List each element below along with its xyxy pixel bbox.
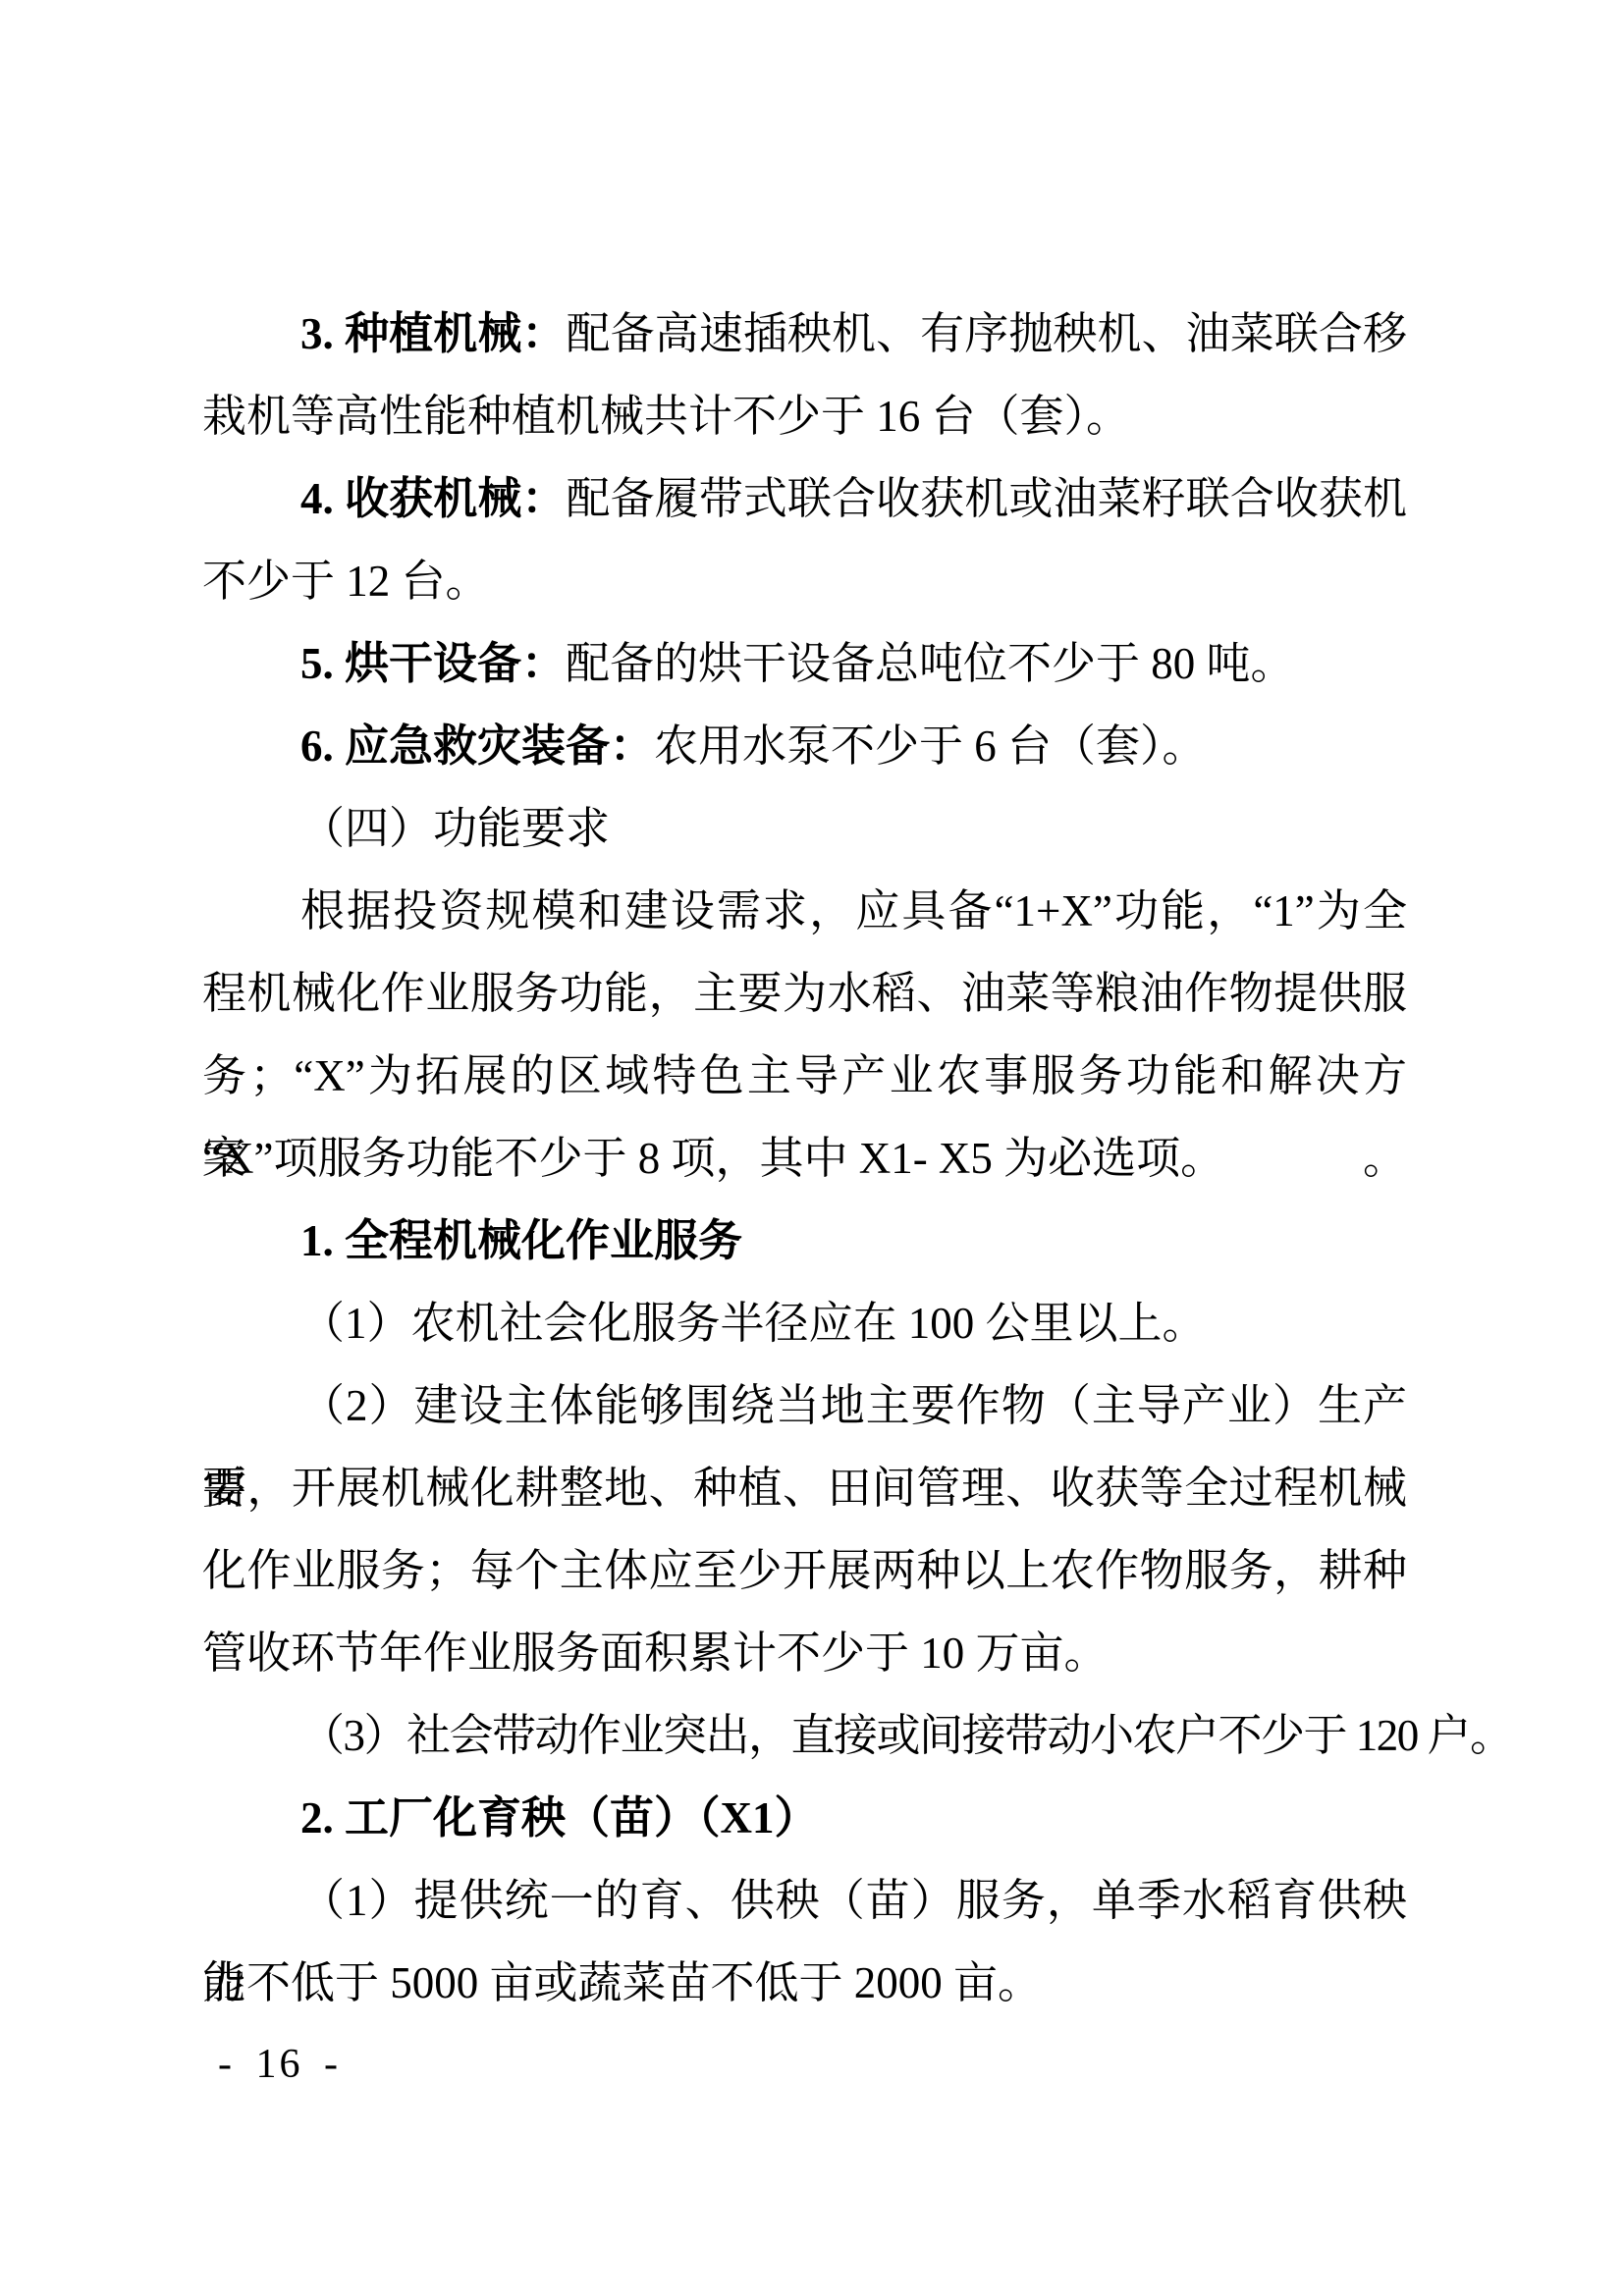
- line-bold-lead: 5. 烘干设备：: [300, 639, 566, 688]
- line-text: 配备的烘干设备总吨位不少于 80 吨。: [566, 639, 1295, 688]
- line-text: 化作业服务；每个主体应至少开展两种以上农作物服务，耕种: [202, 1546, 1407, 1595]
- line-text: （3）社会带动作业突出，直接或间接带动小农户不少于 120 户。: [300, 1711, 1513, 1760]
- text-line: 要，开展机械化耕整地、种植、田间管理、收获等全过程机械: [202, 1447, 1407, 1529]
- text-line: （四）功能要求: [202, 787, 1407, 870]
- text-line: 4. 收获机械：配备履带式联合收获机或油菜籽联合收获机: [202, 457, 1407, 540]
- line-bold-lead: 4. 收获机械：: [300, 474, 567, 523]
- line-text: 栽机等高性能种植机械共计不少于 16 台（套）。: [202, 392, 1130, 441]
- line-text: 配备高速插秧机、有序抛秧机、油菜联合移: [567, 309, 1407, 358]
- text-line: 根据投资规模和建设需求，应具备“1+X”功能，“1”为全: [202, 870, 1407, 952]
- line-bold-lead: 6. 应急救灾装备：: [300, 721, 654, 771]
- text-line: 力不低于 5000 亩或蔬菜苗不低于 2000 亩。: [202, 1942, 1407, 2024]
- text-line: 2. 工厂化育秧（苗）（X1）: [202, 1777, 1407, 1859]
- text-line: （1）提供统一的育、供秧（苗）服务，单季水稻育供秧能: [202, 1859, 1407, 1942]
- line-text: 配备履带式联合收获机或油菜籽联合收获机: [567, 474, 1407, 523]
- line-text: 要，开展机械化耕整地、种植、田间管理、收获等全过程机械: [202, 1464, 1407, 1513]
- text-line: 1. 全程机械化作业服务: [202, 1200, 1407, 1282]
- text-line: 3. 种植机械：配备高速插秧机、有序抛秧机、油菜联合移: [202, 293, 1407, 375]
- line-text: 根据投资规模和建设需求，应具备“1+X”功能，“1”为全: [300, 886, 1407, 935]
- page-number: - 16 -: [218, 2040, 341, 2089]
- line-bold-lead: 1. 全程机械化作业服务: [300, 1216, 742, 1265]
- text-line: （2）建设主体能够围绕当地主要作物（主导产业）生产需: [202, 1364, 1407, 1447]
- text-line: 务；“X”为拓展的区域特色主导产业农事服务功能和解决方案。: [202, 1035, 1407, 1117]
- line-text: 不少于 12 台。: [202, 557, 490, 606]
- document-body: 3. 种植机械：配备高速插秧机、有序抛秧机、油菜联合移栽机等高性能种植机械共计不…: [202, 293, 1407, 2024]
- text-line: 程机械化作业服务功能，主要为水稻、油菜等粮油作物提供服: [202, 952, 1407, 1035]
- text-line: 管收环节年作业服务面积累计不少于 10 万亩。: [202, 1612, 1407, 1694]
- line-text: “X”项服务功能不少于 8 项，其中 X1- X5 为必选项。: [202, 1134, 1224, 1183]
- line-text: 力不低于 5000 亩或蔬菜苗不低于 2000 亩。: [202, 1958, 1042, 2007]
- text-line: （3）社会带动作业突出，直接或间接带动小农户不少于 120 户。: [202, 1694, 1407, 1777]
- line-bold-lead: 3. 种植机械：: [300, 309, 567, 358]
- text-line: （1）农机社会化服务半径应在 100 公里以上。: [202, 1282, 1407, 1364]
- text-line: 6. 应急救灾装备：农用水泵不少于 6 台（套）。: [202, 705, 1407, 787]
- line-text: 农用水泵不少于 6 台（套）。: [654, 721, 1207, 771]
- text-line: 栽机等高性能种植机械共计不少于 16 台（套）。: [202, 375, 1407, 457]
- line-bold-lead: 2. 工厂化育秧（苗）（X1）: [300, 1793, 819, 1842]
- text-line: 化作业服务；每个主体应至少开展两种以上农作物服务，耕种: [202, 1529, 1407, 1612]
- page: 3. 种植机械：配备高速插秧机、有序抛秧机、油菜联合移栽机等高性能种植机械共计不…: [0, 0, 1624, 2296]
- text-line: 5. 烘干设备：配备的烘干设备总吨位不少于 80 吨。: [202, 622, 1407, 705]
- line-text: 管收环节年作业服务面积累计不少于 10 万亩。: [202, 1629, 1109, 1678]
- text-line: 不少于 12 台。: [202, 540, 1407, 622]
- line-text: 程机械化作业服务功能，主要为水稻、油菜等粮油作物提供服: [202, 969, 1407, 1018]
- line-text: （四）功能要求: [300, 804, 610, 853]
- line-text: （1）农机社会化服务半径应在 100 公里以上。: [300, 1299, 1207, 1348]
